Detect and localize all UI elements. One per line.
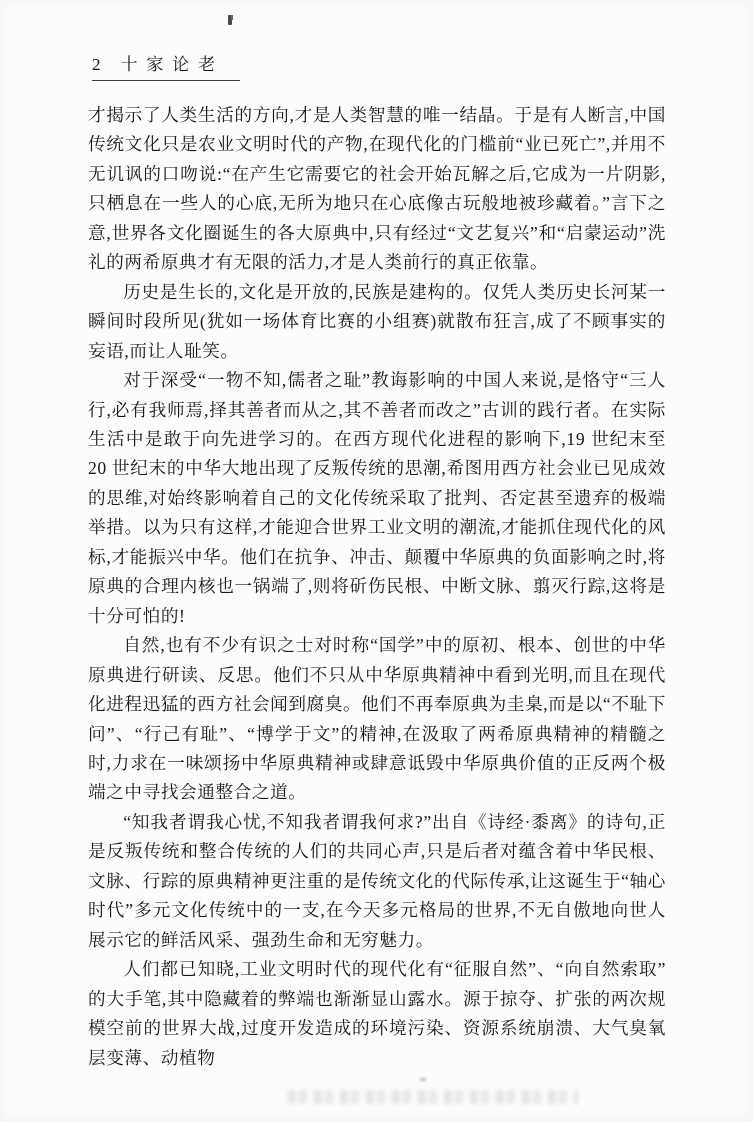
scanned-book-page: 2十家论老 才揭示了人类生活的方向,才是人类智慧的唯一结晶。于是有人断言,中国传…: [0, 0, 753, 1122]
paragraph: 自然,也有不少有识之士对时称“国学”中的原初、根本、创世的中华原典进行研读、反思…: [88, 631, 666, 808]
paragraph: 人们都已知晓,工业文明时代的现代化有“征服自然”、“向自然索取”的大手笔,其中隐…: [88, 955, 666, 1073]
body-text: 才揭示了人类生活的方向,才是人类智慧的唯一结晶。于是有人断言,中国传统文化只是农…: [88, 101, 666, 1073]
ink-speck-artifact: [228, 15, 232, 25]
paragraph: 历史是生长的,文化是开放的,民族是建构的。仅凭人类历史长河某一瞬间时段所见(犹如…: [88, 278, 666, 366]
running-title: 十家论老: [121, 55, 224, 74]
page-number: 2: [92, 54, 101, 76]
running-header: 2十家论老: [92, 54, 240, 81]
show-through-smudge-artifact: [288, 1090, 578, 1104]
paragraph: 对于深受“一物不知,儒者之耻”教诲影响的中国人来说,是恪守“三人行,必有我师焉,…: [88, 366, 666, 631]
paragraph: “知我者谓我心忧,不知我者谓我何求?”出自《诗经·黍离》的诗句,正是反叛传统和整…: [88, 808, 666, 955]
show-through-dot-artifact: [420, 1078, 426, 1081]
paragraph: 才揭示了人类生活的方向,才是人类智慧的唯一结晶。于是有人断言,中国传统文化只是农…: [88, 101, 666, 278]
